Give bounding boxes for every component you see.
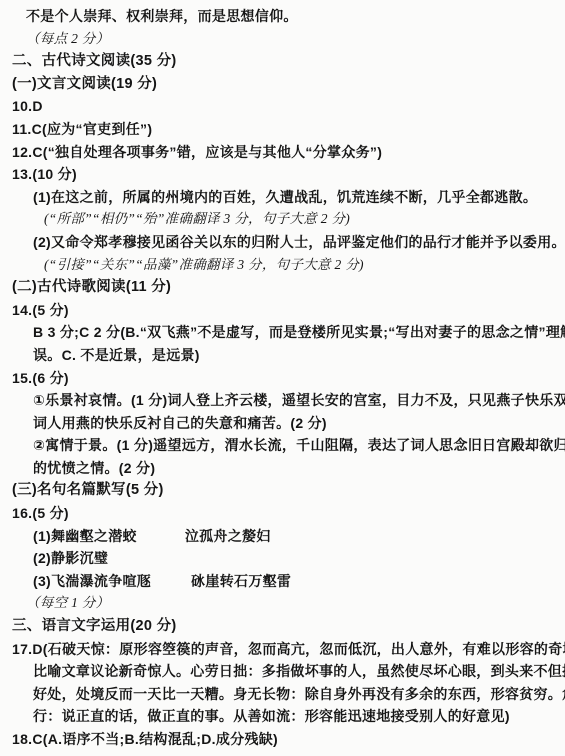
q15-point-2-line-1: ②寓情于景。(1 分)遥望远方，渭水长流，千山阻隔，表达了词人思念旧日宫殿却欲归… (0, 434, 565, 457)
q13-translation-2: (2)又命令郑孝穆接见函谷关以东的归附人士，品评鉴定他们的品行才能并予以委用。 (0, 231, 565, 254)
answer-q17-line-1: 17.D(石破天惊：原形容箜篌的声音，忽而高亢，忽而低沉，出人意外，有难以形容的… (0, 638, 565, 661)
section-ancient-reading-heading: 二、古代诗文阅读(35 分) (0, 50, 565, 73)
q16-item-2: (2)静影沉璧 (0, 547, 565, 570)
answer-q17-line-3: 好处，处境反而一天比一天糟。身无长物：除自身外再没有多余的东西，形容贫穷。危言危 (0, 683, 565, 706)
q16-item-1-second-blank: 泣孤舟之嫠妇 (185, 528, 271, 544)
exam-answer-key-page: 不是个人崇拜、权利崇拜，而是思想信仰。 （每点 2 分） 二、古代诗文阅读(35… (0, 0, 565, 756)
q13-translation-1: (1)在这之前，所属的州境内的百姓，久遭战乱，饥荒连续不断，几乎全都逃散。 (0, 186, 565, 209)
answer-q10: 10.D (0, 95, 565, 118)
q16-item-3-second-blank: 砯崖转石万壑雷 (191, 573, 291, 589)
part-classical-prose-heading: (一)文言文阅读(19 分) (0, 73, 565, 96)
answer-q17-line-4: 行：说正直的话，做正直的事。从善如流：形容能迅速地接受别人的好意见) (0, 705, 565, 728)
answer-q18: 18.C(A.语序不当;B.结构混乱;D.成分残缺) (0, 728, 565, 751)
answer-q14-label: 14.(5 分) (0, 299, 565, 322)
section-language-use-heading: 三、语言文字运用(20 分) (0, 615, 565, 638)
q15-point-1-line-1: ①乐景衬哀情。(1 分)词人登上齐云楼，遥望长安的宫室，目力不及，只见燕子快乐双… (0, 389, 565, 412)
q16-item-3: (3)飞湍瀑流争喧豗砯崖转石万壑雷 (0, 570, 565, 593)
answer-q16-label: 16.(5 分) (0, 502, 565, 525)
q16-item-3-first-blank: (3)飞湍瀑流争喧豗 (33, 573, 151, 589)
preamble-score-note: （每点 2 分） (0, 28, 565, 51)
q14-answer-line-2: 误。C. 不是近景，是远景) (0, 344, 565, 367)
q13-translation-2-note: (“引接”“关东”“品藻”准确翻译 3 分，句子大意 2 分) (0, 254, 565, 277)
q15-point-2-line-2: 的忧愤之情。(2 分) (0, 457, 565, 480)
part-dictation-heading: (三)名句名篇默写(5 分) (0, 479, 565, 502)
q16-item-1-first-blank: (1)舞幽壑之潜蛟 (33, 528, 137, 544)
answer-q13-label: 13.(10 分) (0, 163, 565, 186)
q16-score-note: （每空 1 分） (0, 592, 565, 615)
answer-q15-label: 15.(6 分) (0, 367, 565, 390)
q14-answer-line-1: B 3 分;C 2 分(B.“双飞燕”不是虚写，而是登楼所见实景;“写出对妻子的… (0, 321, 565, 344)
q16-item-1: (1)舞幽壑之潜蛟泣孤舟之嫠妇 (0, 525, 565, 548)
part-poetry-heading: (二)古代诗歌阅读(11 分) (0, 276, 565, 299)
q15-point-1-line-2: 词人用燕的快乐反衬自己的失意和痛苦。(2 分) (0, 412, 565, 435)
answer-q11: 11.C(应为“官吏到任”) (0, 118, 565, 141)
answer-q12: 12.C(“独自处理各项事务”错，应该是与其他人“分掌众务”) (0, 141, 565, 164)
q13-translation-1-note: (“所部”“相仍”“殆”准确翻译 3 分，句子大意 2 分) (0, 208, 565, 231)
answer-q17-line-2: 比喻文章议论新奇惊人。心劳日拙：多指做坏事的人，虽然使尽坏心眼，到头来不但捞不到 (0, 660, 565, 683)
preamble-conclusion-line: 不是个人崇拜、权利崇拜，而是思想信仰。 (0, 5, 565, 28)
